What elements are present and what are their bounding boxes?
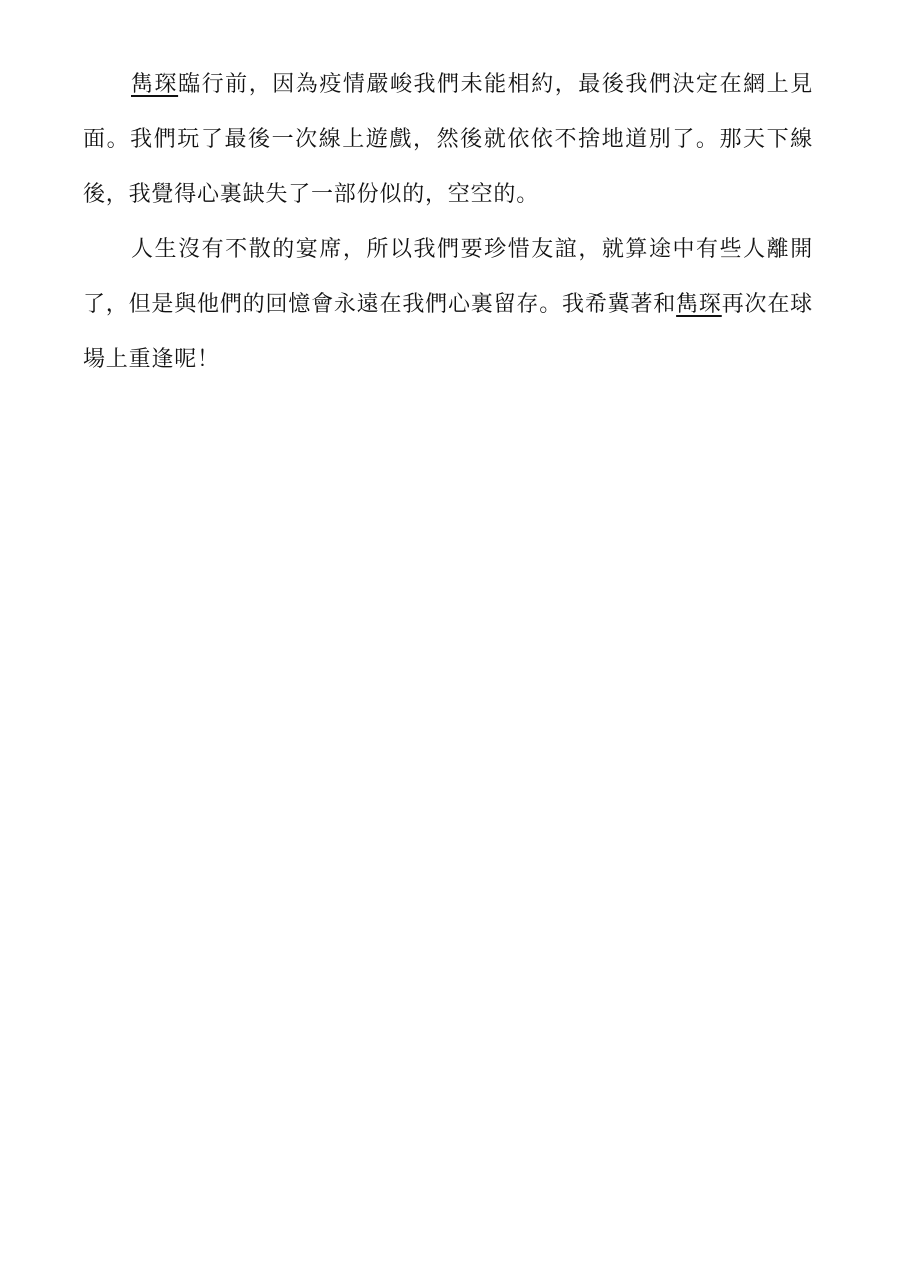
paragraph-text: 臨行前，因為疫情嚴峻我們未能相約，最後我們決定在網上見面。我們玩了最後一次線上遊… <box>83 72 813 207</box>
underlined-name: 雋琛 <box>131 72 178 97</box>
paragraph-reflection: 人生沒有不散的宴席，所以我們要珍惜友誼，就算途中有些人離開了，但是與他們的回憶會… <box>83 222 813 387</box>
document-page: 雋琛臨行前，因為疫情嚴峻我們未能相約，最後我們決定在網上見面。我們玩了最後一次線… <box>83 57 813 387</box>
underlined-name: 雋琛 <box>676 292 722 317</box>
paragraph-farewell: 雋琛臨行前，因為疫情嚴峻我們未能相約，最後我們決定在網上見面。我們玩了最後一次線… <box>83 57 813 222</box>
